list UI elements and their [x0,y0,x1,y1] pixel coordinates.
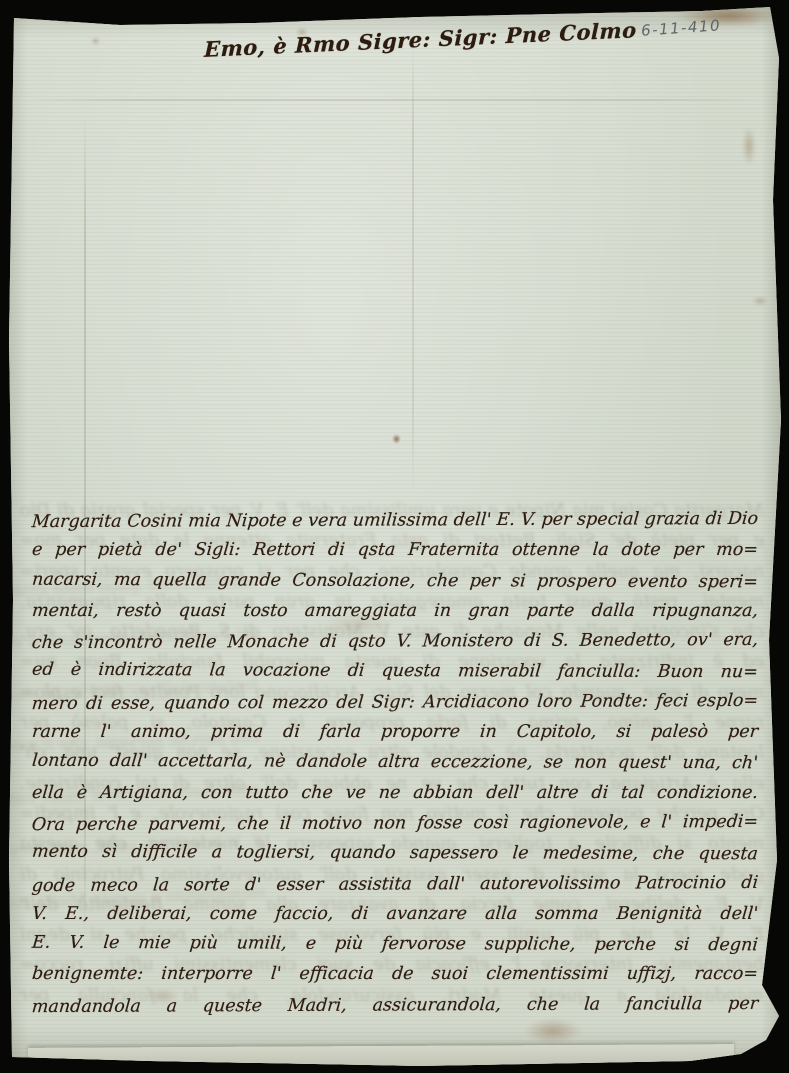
letter-line: mandandola a queste Madri, assicurandola… [31,989,760,1022]
letter-line: ed è indirizzata la vocazione di questa … [31,655,760,688]
stain [392,434,401,444]
stain [220,4,236,13]
stain [752,296,768,306]
letter-line: Ora perche parvemi, che il motivo non fo… [31,807,760,840]
letter-line: mentai, restò quasi tosto amareggiata in… [31,596,760,626]
fold-crease [22,99,767,101]
letter-line: gode meco la sorte d' esser assistita da… [31,867,760,900]
scan-background: Margarita Cosini mia Nipote e vera umili… [0,0,789,1073]
letter-line: E. V. le mie più umili, e più fervorose … [31,928,760,961]
letter-body: Margarita Cosini mia Nipote e vera umili… [32,505,758,1020]
stain [92,38,99,44]
letter-line: lontano dall' accettarla, nè dandole alt… [31,746,760,779]
letter-line: nacarsi, ma quella grande Consolazione, … [31,564,760,597]
letter-line: mero di esse, quando col mezzo del Sigr:… [31,686,760,719]
letter-line: rarne l' animo, prima di farla proporre … [31,717,760,747]
letter-salutation: Emo, è Rmo Sigre: Sigr: Pne Colmo [204,23,504,62]
letter-page: Margarita Cosini mia Nipote e vera umili… [0,0,789,1073]
archival-number: 6-11-410 [640,16,721,40]
letter-line: benignemte: interporre l' efficacia de s… [31,959,760,989]
letter-line: che s'incontrò nelle Monache di qsto V. … [31,625,760,658]
stain [742,126,756,166]
letter-line: V. E., deliberai, come faccio, di avanza… [31,899,760,929]
letter-line: e per pietà de' Sigli: Rettori di qsta F… [31,535,760,565]
stain [56,14,74,23]
stain [524,1018,582,1044]
folded-sheet-edge [28,1044,734,1068]
letter-line: mento sì difficile a togliersi, quando s… [31,837,760,870]
letter-line: ella è Artigiana, con tutto che ve ne ab… [31,778,760,808]
fold-crease [412,40,414,500]
letter-line: Margarita Cosini mia Nipote e vera umili… [31,504,760,537]
